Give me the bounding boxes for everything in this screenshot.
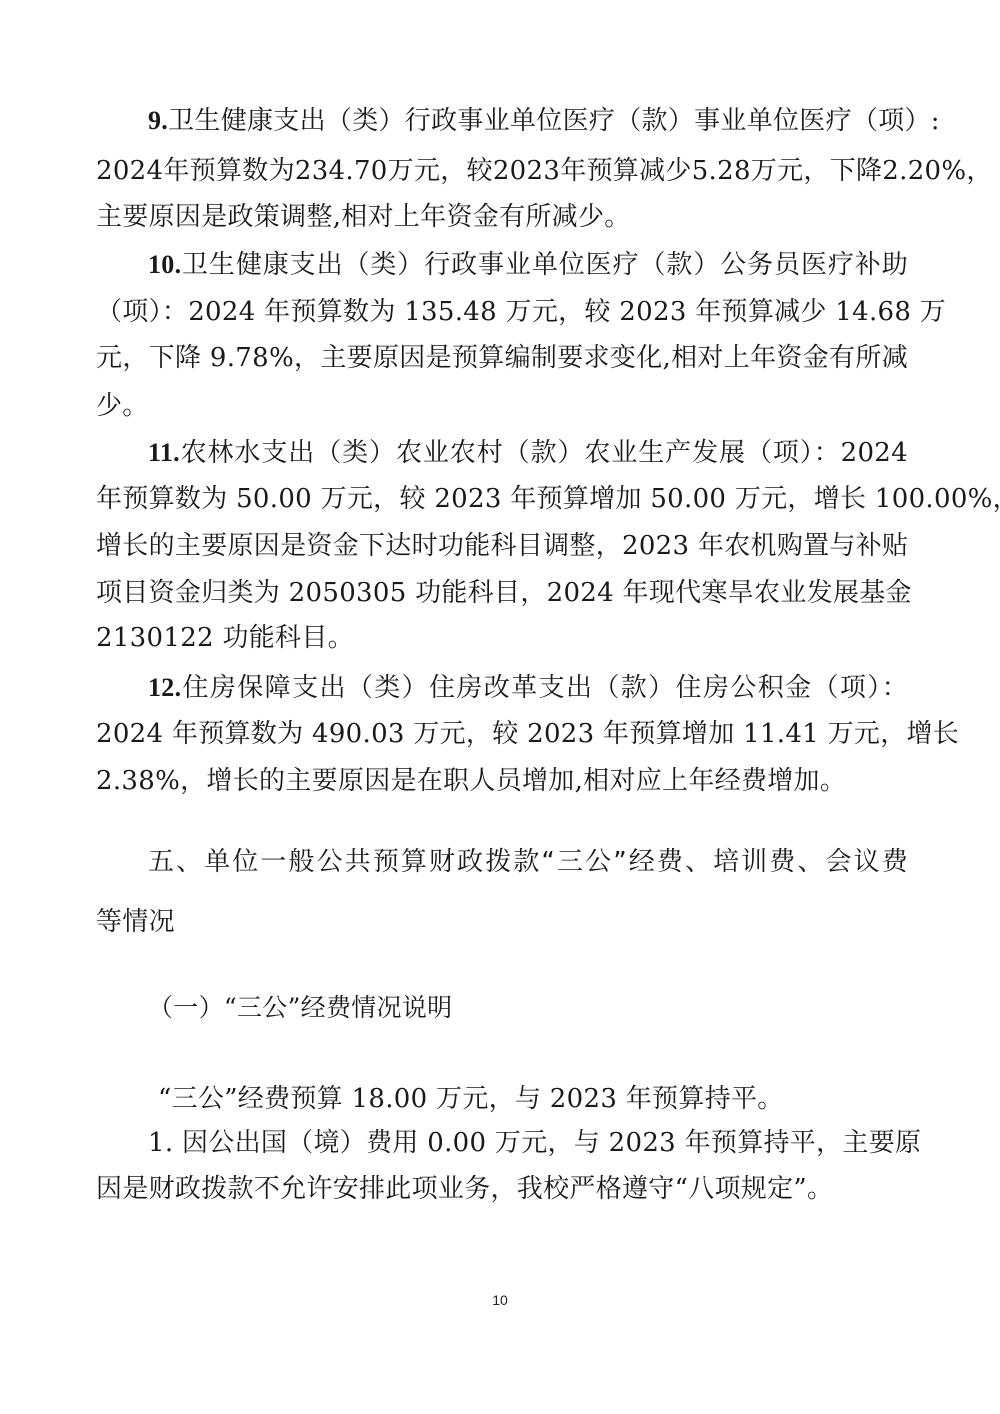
subsection-heading: （一）“三公”经费情况说明 [148,993,960,1023]
item-11-line-1: 11.农林水支出（类）农业农村（款）农业生产发展（项）：2024 [148,438,908,468]
item-10-line-1: 10.卫生健康支出（类）行政事业单位医疗（款）公务员医疗补助 [148,250,908,280]
item-11-line-2: 年预算数为 50.00 万元，较 2023 年预算增加 50.00 万元，增长 … [96,484,908,514]
point-1-line-2: 因是财政拨款不允许安排此项业务，我校严格遵守“八项规定”。 [96,1174,908,1204]
item-9-line-2: 2024年预算数为234.70万元，较2023年预算减少5.28万元，下降2.2… [96,156,908,186]
item-10-line-4: 少。 [96,391,908,421]
item-10-line-2: （项）：2024 年预算数为 135.48 万元，较 2023 年预算减少 14… [96,297,908,327]
section-heading-continued: 等情况 [96,907,908,937]
item-12-line-1: 12.住房保障支出（类）住房改革支出（款）住房公积金（项）： [148,673,908,703]
item-11-line-5: 2130122 功能科目。 [96,623,908,653]
point-1-line-1: 1. 因公出国（境）费用 0.00 万元，与 2023 年预算持平，主要原 [148,1128,908,1158]
item-number: 12. [148,673,181,702]
item-9-line-3: 主要原因是政策调整,相对上年资金有所减少。 [96,202,908,232]
item-11-line-4: 项目资金归类为 2050305 功能科目，2024 年现代寒旱农业发展基金 [96,578,908,608]
item-10-line-3: 元，下降 9.78%，主要原因是预算编制要求变化,相对上年资金有所减 [96,343,908,373]
item-11-line-3: 增长的主要原因是资金下达时功能科目调整，2023 年农机购置与补贴 [96,531,908,561]
item-number: 9. [148,106,168,135]
item-number: 11. [148,438,180,467]
summary-text: “三公”经费预算 18.00 万元，与 2023 年预算持平。 [158,1084,970,1114]
item-number: 10. [148,250,181,279]
page-number: 10 [0,1292,1000,1308]
item-12-line-3: 2.38%，增长的主要原因是在职人员增加,相对应上年经费增加。 [96,766,908,796]
item-9-line-1: 9.卫生健康支出（类）行政事业单位医疗（款）事业单位医疗（项）: [148,106,908,136]
item-12-line-2: 2024 年预算数为 490.03 万元，较 2023 年预算增加 11.41 … [96,719,908,749]
section-heading: 五、单位一般公共预算财政拨款“三公”经费、培训费、会议费 [148,847,908,877]
